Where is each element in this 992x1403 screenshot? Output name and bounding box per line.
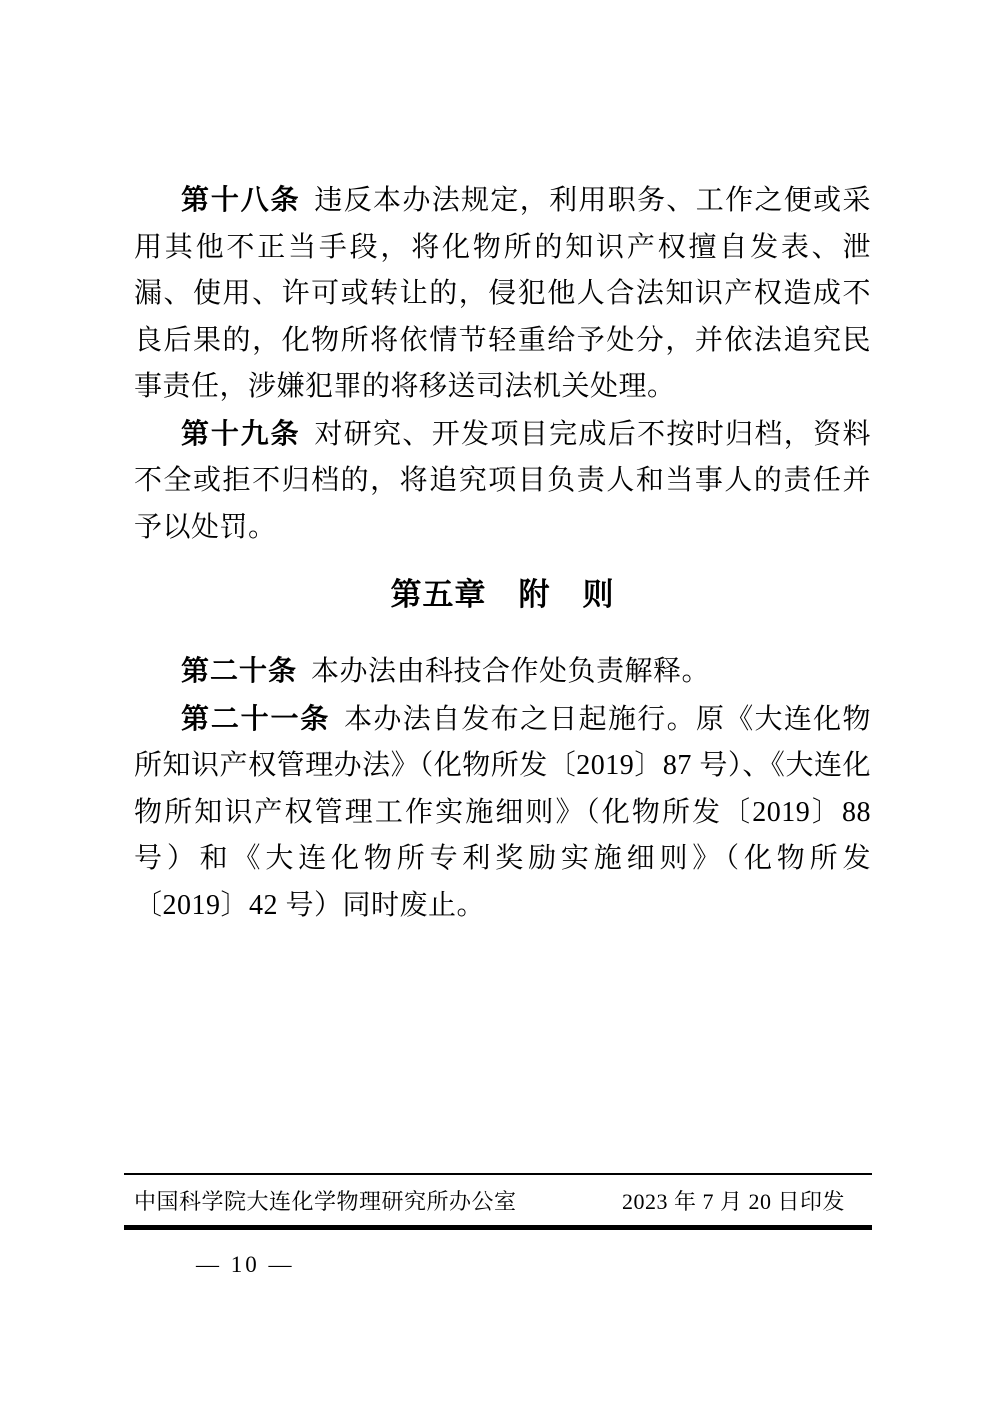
article-paragraph-21: 第二十一条本办法自发布之日起施行。原《大连化物所知识产权管理办法》（化物所发〔2… bbox=[134, 696, 871, 930]
article-text-18: 违反本办法规定，利用职务、工作之便或采用其他不正当手段，将化物所的知识产权擅自发… bbox=[134, 185, 871, 402]
footer-issuer: 中国科学院大连化学物理研究所办公室 bbox=[134, 1185, 517, 1216]
document-page: 第十八条违反本办法规定，利用职务、工作之便或采用其他不正当手段，将化物所的知识产… bbox=[0, 0, 992, 1403]
footer-row: 中国科学院大连化学物理研究所办公室 2023 年 7 月 20 日印发 bbox=[124, 1175, 872, 1225]
article-paragraph-19: 第十九条对研究、开发项目完成后不按时归档，资料不全或拒不归档的，将追究项目负责人… bbox=[134, 411, 871, 552]
article-text-21: 本办法自发布之日起施行。原《大连化物所知识产权管理办法》（化物所发〔2019〕8… bbox=[134, 704, 871, 921]
article-label-20: 第二十条 bbox=[181, 655, 297, 686]
article-label-21: 第二十一条 bbox=[181, 703, 330, 734]
page-number: — 10 — bbox=[196, 1252, 295, 1278]
footer-bottom-rule bbox=[124, 1225, 872, 1230]
article-label-18: 第十八条 bbox=[181, 184, 300, 215]
article-paragraph-18: 第十八条违反本办法规定，利用职务、工作之便或采用其他不正当手段，将化物所的知识产… bbox=[134, 177, 871, 411]
footer-print-date: 2023 年 7 月 20 日印发 bbox=[622, 1185, 845, 1216]
article-paragraph-20: 第二十条本办法由科技合作处负责解释。 bbox=[134, 648, 871, 696]
document-body: 第十八条违反本办法规定，利用职务、工作之便或采用其他不正当手段，将化物所的知识产… bbox=[134, 177, 871, 929]
footer: 中国科学院大连化学物理研究所办公室 2023 年 7 月 20 日印发 bbox=[124, 1173, 872, 1230]
article-label-19: 第十九条 bbox=[181, 418, 300, 449]
article-text-20: 本办法由科技合作处负责解释。 bbox=[311, 656, 710, 687]
chapter-heading: 第五章 附 则 bbox=[134, 571, 871, 618]
